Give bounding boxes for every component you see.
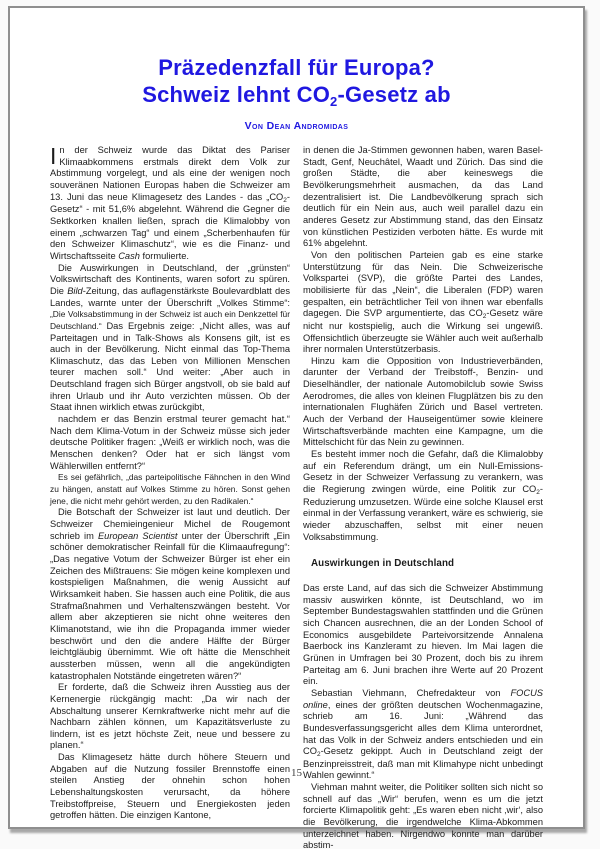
article-page: Präzedenzfall für Europa? Schweiz lehnt … [8, 6, 585, 829]
paragraph: in denen die Ja-Stimmen gewonnen haben, … [303, 145, 543, 250]
drop-cap: I [50, 145, 59, 167]
paragraph: In der Schweiz wurde das Diktat des Pari… [50, 145, 290, 263]
article-byline: Von Dean Andromidas [10, 120, 583, 132]
right-column: in denen die Ja-Stimmen gewonnen haben, … [303, 145, 543, 849]
paragraph: nachdem er das Benzin erstmal teurer gem… [50, 414, 290, 472]
paragraph: Er forderte, daß die Schweiz ihren Ausst… [50, 682, 290, 752]
section-heading: Auswirkungen in Deutschland [311, 558, 543, 570]
paragraph: Die Auswirkungen in Deutschland, der „gr… [50, 263, 290, 415]
paragraph: Das Klimagesetz hätte durch höhere Steue… [50, 752, 290, 822]
left-column: In der Schweiz wurde das Diktat des Pari… [50, 145, 290, 849]
subscript-2: 2 [330, 94, 337, 109]
paragraph: Von den politischen Parteien gab es eine… [303, 250, 543, 356]
paragraph: Das erste Land, auf das sich die Schweiz… [303, 583, 543, 688]
title-line-1: Präzedenzfall für Europa? [10, 54, 583, 81]
article-header: Präzedenzfall für Europa? Schweiz lehnt … [10, 54, 583, 132]
paragraph: Die Botschaft der Schweizer ist laut und… [50, 507, 290, 682]
article-title: Präzedenzfall für Europa? Schweiz lehnt … [10, 54, 583, 111]
paragraph: Hinzu kam die Opposition von Industrieve… [303, 356, 543, 449]
paragraph: Viehman mahnt weiter, die Politiker soll… [303, 782, 543, 849]
paragraph: Es sei gefährlich, „das parteipolitische… [50, 472, 290, 507]
article-body: In der Schweiz wurde das Diktat des Pari… [10, 145, 583, 849]
page-number: 15 [10, 767, 583, 779]
paragraph: Es besteht immer noch die Gefahr, daß di… [303, 449, 543, 543]
title-line-2: Schweiz lehnt CO2-Gesetz ab [10, 81, 583, 111]
